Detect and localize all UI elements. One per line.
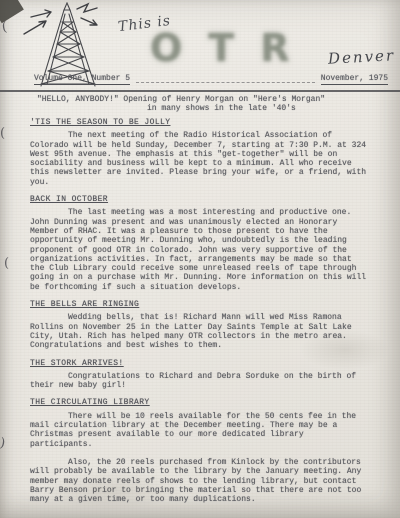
section-back-in-october: BACK IN OCTOBER The last meeting was a m…	[30, 195, 368, 292]
masthead-rule	[0, 90, 400, 92]
section-heading: THE STORK ARRIVES!	[30, 359, 368, 368]
newsletter-title: OTR	[150, 26, 316, 70]
masthead: This is OTR Denver Volume One, Number 5 …	[0, 0, 400, 112]
section-season-jolly: 'TIS THE SEASON TO BE JOLLY The next mee…	[30, 118, 368, 187]
section-bells-ringing: THE BELLS ARE RINGING Wedding bells, tha…	[30, 300, 368, 350]
caption-line-2: in many shows in the late '40's	[37, 104, 325, 113]
scan-artifact-mark: (	[0, 126, 5, 141]
section-paragraph: Congratulations to Richard and Debra Sor…	[30, 372, 368, 391]
section-heading: BACK IN OCTOBER	[30, 195, 368, 204]
newsletter-body: 'TIS THE SEASON TO BE JOLLY The next mee…	[0, 112, 400, 504]
handwritten-denver: Denver	[328, 46, 396, 67]
caption-line-1: "HELLO, ANYBODY!" Opening of Henry Morga…	[37, 95, 325, 104]
section-paragraph: Also, the 20 reels purchased from Kinloc…	[30, 458, 368, 504]
scan-artifact-mark: (	[4, 256, 9, 271]
masthead-volume: Volume One, Number 5	[34, 74, 130, 85]
section-paragraph: The next meeting of the Radio Historical…	[30, 131, 368, 187]
newsletter-page: ( ( ( ) This is OTR Denver	[0, 0, 400, 518]
masthead-date: November, 1975	[321, 74, 388, 85]
section-paragraph: The last meeting was a most interesting …	[30, 208, 368, 292]
section-paragraph: There will be 10 reels available for the…	[30, 412, 368, 449]
section-heading: THE BELLS ARE RINGING	[30, 300, 368, 309]
episode-caption: "HELLO, ANYBODY!" Opening of Henry Morga…	[37, 95, 325, 113]
section-heading: THE CIRCULATING LIBRARY	[30, 398, 368, 407]
section-paragraph: Wedding bells, that is! Richard Mann wil…	[30, 313, 368, 350]
section-circulating-library: THE CIRCULATING LIBRARY There will be 10…	[30, 398, 368, 504]
masthead-divider	[136, 81, 315, 83]
section-heading: 'TIS THE SEASON TO BE JOLLY	[30, 118, 368, 127]
masthead-row: Volume One, Number 5 November, 1975	[0, 74, 400, 85]
section-stork-arrives: THE STORK ARRIVES! Congratulations to Ri…	[30, 359, 368, 391]
